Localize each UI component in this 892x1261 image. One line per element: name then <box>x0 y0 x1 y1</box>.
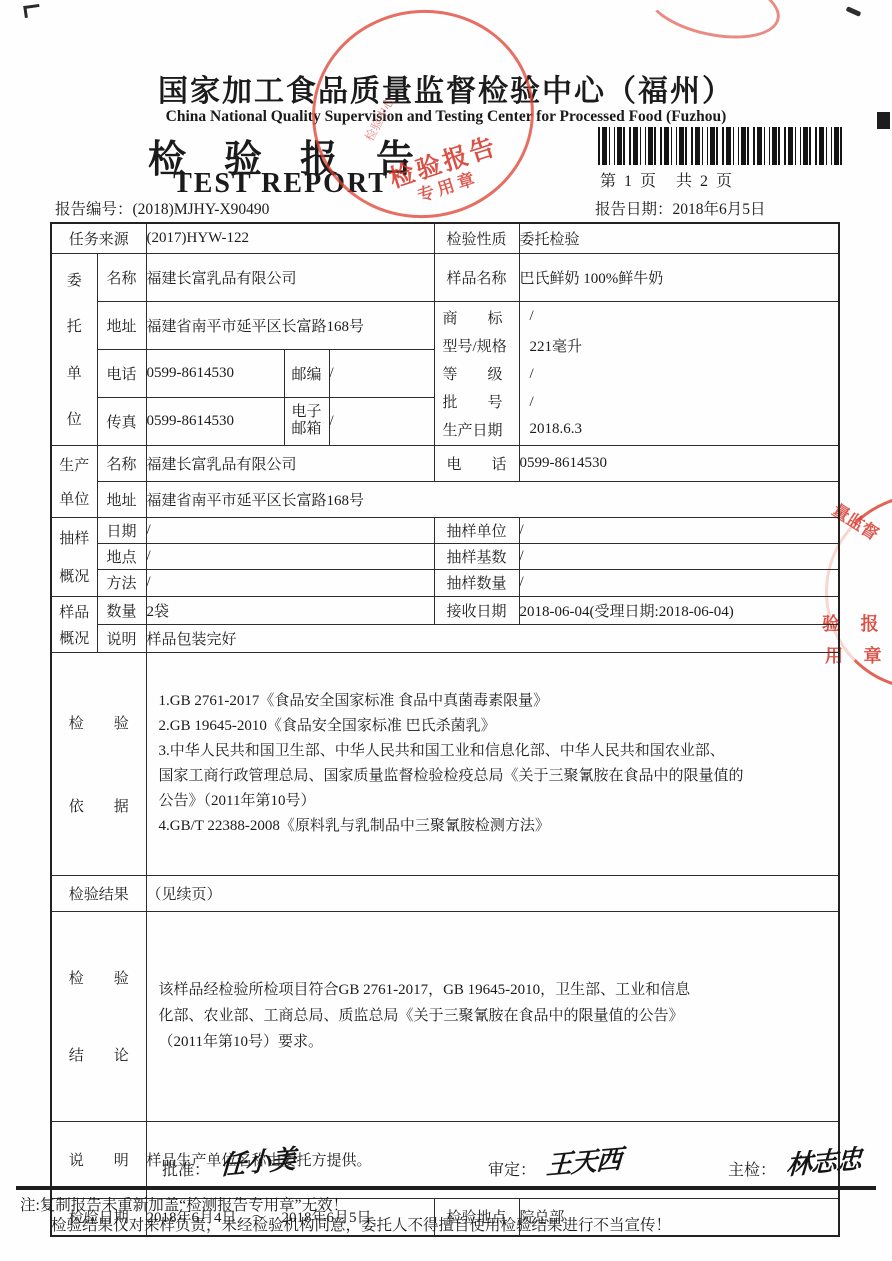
client-addr-label: 地址 <box>97 301 146 349</box>
task-source-value: (2017)HYW-122 <box>146 223 434 253</box>
sampling-method-label: 方法 <box>97 569 146 596</box>
table-row: 样品 概况 数量 2袋 接收日期 2018-06-04(受理日期:2018-06… <box>51 596 839 624</box>
sample-qty-value: 2袋 <box>146 596 434 624</box>
scan-artifact-top-left <box>23 4 41 18</box>
review-signature-block: 审定：王天西 <box>488 1146 621 1183</box>
test-result-value: （见续页） <box>146 875 839 911</box>
producer-unit-vertical-label: 生产 单位 <box>51 445 97 517</box>
sample-desc-value: 样品包装完好 <box>146 624 839 652</box>
client-fax-label: 传真 <box>97 397 146 445</box>
client-email-label: 电子 邮箱 <box>284 397 329 445</box>
table-row: 检验结果 （见续页） <box>51 875 839 911</box>
report-table: 任务来源 (2017)HYW-122 检验性质 委托检验 委 托 单 位 名称 … <box>50 222 840 1237</box>
red-seal-top-fragment <box>640 0 786 49</box>
inspect-label: 主检： <box>728 1162 776 1179</box>
test-conclusion-label: 检 验 结 论 <box>51 911 146 1121</box>
sample-name-label: 样品名称 <box>434 253 519 301</box>
test-conclusion-value: 该样品经检验所检项目符合GB 2761-2017，GB 19645-2010，卫… <box>146 911 839 1121</box>
producer-name-value: 福建长富乳品有限公司 <box>146 445 434 481</box>
test-basis-label: 检 验 依 据 <box>51 652 146 875</box>
sampling-unit-value: / <box>519 517 839 543</box>
sample-state-vertical-label: 样品 概况 <box>51 596 97 652</box>
org-name-en: China National Quality Supervision and T… <box>0 108 892 126</box>
test-nature-label: 检验性质 <box>434 223 519 253</box>
inspect-signature: 林志忠 <box>785 1139 862 1183</box>
approve-signature: 任小美 <box>219 1139 296 1183</box>
footer-notes: 注:复制报告未重新加盖“检测报告专用章”无效！ 检验结果仅对来样负责，未经检验机… <box>20 1196 671 1236</box>
review-label: 审定： <box>488 1162 536 1179</box>
table-row: 地点 / 抽样基数 / <box>51 543 839 569</box>
scan-artifact-top-right <box>846 6 862 17</box>
table-row: 检 验 依 据 1.GB 2761-2017《食品安全国家标准 食品中真菌毒素限… <box>51 652 839 875</box>
sampling-unit-label: 抽样单位 <box>434 517 519 543</box>
client-email-value: / <box>329 397 434 445</box>
client-tel-label: 电话 <box>97 349 146 397</box>
report-title-en: TEST REPORT <box>0 168 562 200</box>
test-result-label: 检验结果 <box>51 875 146 911</box>
sampling-method-value: / <box>146 569 434 596</box>
producer-tel-value: 0599-8614530 <box>519 445 839 481</box>
sampling-vertical-label: 抽样 概况 <box>51 517 97 596</box>
sample-desc-label: 说明 <box>97 624 146 652</box>
sampling-place-value: / <box>146 543 434 569</box>
receive-date-value: 2018-06-04(受理日期:2018-06-04) <box>519 596 839 624</box>
barcode <box>598 127 845 165</box>
sampling-base-label: 抽样基数 <box>434 543 519 569</box>
approve-signature-block: 批准：任小美 <box>162 1146 295 1183</box>
sample-name-value: 巴氏鲜奶 100%鲜牛奶 <box>519 253 839 301</box>
table-row: 方法 / 抽样数量 / <box>51 569 839 596</box>
table-row: 生产 单位 名称 福建长富乳品有限公司 电 话 0599-8614530 <box>51 445 839 481</box>
sample-attr-values: / 221毫升 / / 2018.6.3 <box>519 301 839 445</box>
sampling-base-value: / <box>519 543 839 569</box>
approve-label: 批准： <box>162 1162 210 1179</box>
org-name-cn: 国家加工食品质量监督检验中心（福州） <box>0 66 892 110</box>
report-date: 报告日期：2018年6月5日 <box>595 197 766 219</box>
inspect-signature-block: 主检：林志忠 <box>728 1146 861 1183</box>
sampling-place-label: 地点 <box>97 543 146 569</box>
producer-addr-label: 地址 <box>97 481 146 517</box>
sampling-date-label: 日期 <box>97 517 146 543</box>
table-row: 检 验 结 论 该样品经检验所检项目符合GB 2761-2017，GB 1964… <box>51 911 839 1121</box>
client-zip-label: 邮编 <box>284 349 329 397</box>
client-addr-value: 福建省南平市延平区长富路168号 <box>146 301 434 349</box>
table-row: 地址 福建省南平市延平区长富路168号 <box>51 481 839 517</box>
test-basis-value: 1.GB 2761-2017《食品安全国家标准 食品中真菌毒素限量》 2.GB … <box>146 652 839 875</box>
task-source-label: 任务来源 <box>51 223 146 253</box>
review-signature: 王天西 <box>545 1139 622 1183</box>
producer-addr-value: 福建省南平市延平区长富路168号 <box>146 481 839 517</box>
page-number-info: 第 1 页 共 2 页 <box>600 168 734 191</box>
client-zip-value: / <box>329 349 434 397</box>
table-row: 说明 样品包装完好 <box>51 624 839 652</box>
table-row: 任务来源 (2017)HYW-122 检验性质 委托检验 <box>51 223 839 253</box>
table-row: 地址 福建省南平市延平区长富路168号 商 标 型号/规格 等 级 批 号 生产… <box>51 301 839 349</box>
sampling-qty-value: / <box>519 569 839 596</box>
test-nature-value: 委托检验 <box>519 223 839 253</box>
sampling-date-value: / <box>146 517 434 543</box>
footer-note-1: 注:复制报告未重新加盖“检测报告专用章”无效！ <box>20 1196 671 1216</box>
footer-divider <box>16 1186 876 1190</box>
test-report-page: 国家加工食品质量监督检验中心（福州） China National Qualit… <box>0 0 892 1261</box>
client-name-label: 名称 <box>97 253 146 301</box>
client-fax-value: 0599-8614530 <box>146 397 284 445</box>
footer-note-2: 检验结果仅对来样负责，未经检验机构同意，委托人不得擅自使用检验结果进行不当宣传！ <box>51 1216 671 1236</box>
receive-date-label: 接收日期 <box>434 596 519 624</box>
sample-qty-label: 数量 <box>97 596 146 624</box>
client-tel-value: 0599-8614530 <box>146 349 284 397</box>
client-unit-vertical-label: 委 托 单 位 <box>51 253 97 445</box>
table-row: 抽样 概况 日期 / 抽样单位 / <box>51 517 839 543</box>
producer-name-label: 名称 <box>97 445 146 481</box>
report-number: 报告编号：(2018)MJHY-X90490 <box>55 197 269 219</box>
table-row: 委 托 单 位 名称 福建长富乳品有限公司 样品名称 巴氏鲜奶 100%鲜牛奶 <box>51 253 839 301</box>
producer-tel-label: 电 话 <box>434 445 519 481</box>
sample-attr-labels: 商 标 型号/规格 等 级 批 号 生产日期 <box>434 301 519 445</box>
sampling-qty-label: 抽样数量 <box>434 569 519 596</box>
client-name-value: 福建长富乳品有限公司 <box>146 253 434 301</box>
